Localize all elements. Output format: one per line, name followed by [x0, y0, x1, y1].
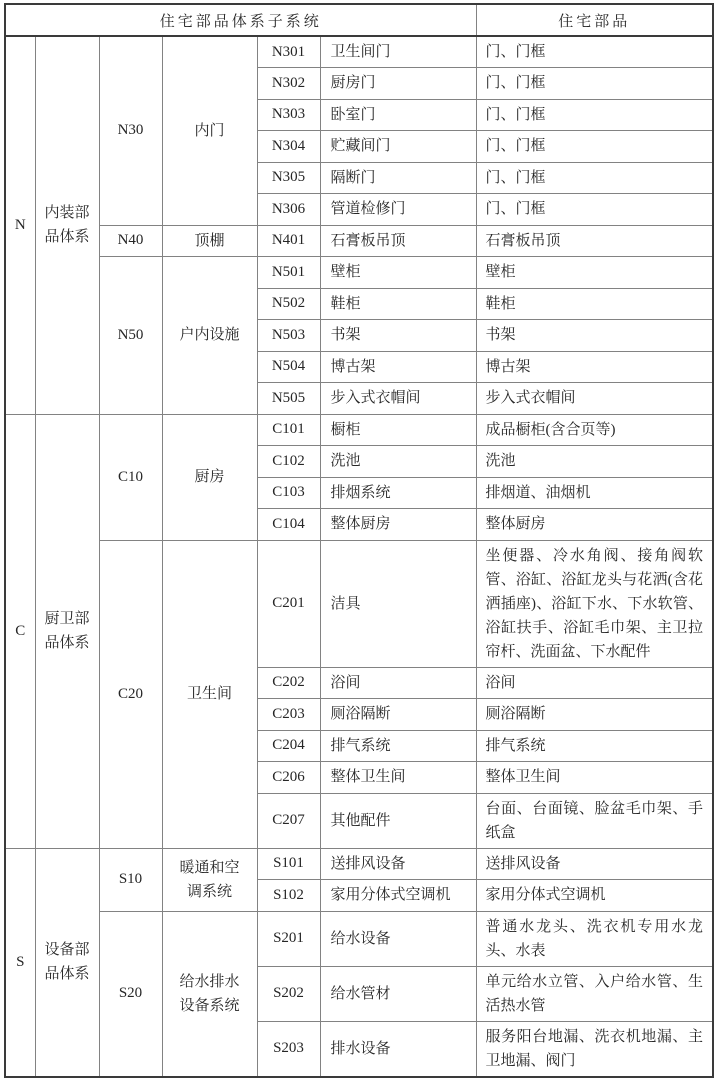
item-name-cell: 橱柜 — [320, 414, 476, 446]
item-name-cell: 隔断门 — [320, 162, 476, 194]
item-name-cell: 鞋柜 — [320, 288, 476, 320]
item-code-cell: C101 — [257, 414, 320, 446]
item-code-cell: S203 — [257, 1021, 320, 1077]
item-code-cell: N401 — [257, 225, 320, 257]
table-row: S20 给水排水设备系统 S201 给水设备 普通水龙头、洗衣机专用水龙头、水表 — [5, 911, 713, 966]
housing-parts-table: 住宅部品体系子系统 住宅部品 N 内装部品体系 N30 内门 N301 卫生间门… — [4, 3, 714, 1078]
item-name-cell: 卧室门 — [320, 99, 476, 131]
item-parts-cell: 门、门框 — [476, 99, 713, 131]
item-parts-cell: 送排风设备 — [476, 848, 713, 880]
item-name-cell: 贮藏间门 — [320, 131, 476, 163]
item-code-cell: N503 — [257, 320, 320, 352]
item-parts-cell: 门、门框 — [476, 162, 713, 194]
item-parts-cell: 步入式衣帽间 — [476, 383, 713, 415]
item-parts-cell: 坐便器、冷水角阀、接角阀软管、浴缸、浴缸龙头与花洒(含花洒插座)、浴缸下水、下水… — [476, 540, 713, 667]
group-code-cell: S10 — [99, 848, 162, 911]
item-parts-cell: 门、门框 — [476, 68, 713, 100]
item-code-cell: C104 — [257, 509, 320, 541]
item-name-cell: 石膏板吊顶 — [320, 225, 476, 257]
item-parts-cell: 单元给水立管、入户给水管、生活热水管 — [476, 966, 713, 1021]
item-code-cell: S202 — [257, 966, 320, 1021]
item-parts-cell: 壁柜 — [476, 257, 713, 289]
item-code-cell: N501 — [257, 257, 320, 289]
group-name-cell: 暖通和空调系统 — [162, 848, 257, 911]
group-code-cell: S20 — [99, 911, 162, 1077]
group-code-cell: C10 — [99, 414, 162, 540]
item-parts-cell: 成品橱柜(含合页等) — [476, 414, 713, 446]
item-name-cell: 博古架 — [320, 351, 476, 383]
system-name-cell: 内装部品体系 — [35, 36, 99, 414]
item-code-cell: C202 — [257, 667, 320, 699]
item-code-cell: S201 — [257, 911, 320, 966]
group-code-cell: N30 — [99, 36, 162, 225]
item-name-cell: 家用分体式空调机 — [320, 880, 476, 912]
item-code-cell: S102 — [257, 880, 320, 912]
group-name-cell: 卫生间 — [162, 540, 257, 848]
system-letter-cell: C — [5, 414, 35, 848]
item-code-cell: N305 — [257, 162, 320, 194]
group-code-cell: N50 — [99, 257, 162, 415]
item-parts-cell: 门、门框 — [476, 194, 713, 226]
item-name-cell: 给水管材 — [320, 966, 476, 1021]
item-name-cell: 其他配件 — [320, 793, 476, 848]
item-name-cell: 排气系统 — [320, 730, 476, 762]
item-parts-cell: 整体卫生间 — [476, 762, 713, 794]
item-name-cell: 洁具 — [320, 540, 476, 667]
item-name-cell: 整体厨房 — [320, 509, 476, 541]
group-name-cell: 厨房 — [162, 414, 257, 540]
item-code-cell: N306 — [257, 194, 320, 226]
system-letter-cell: S — [5, 848, 35, 1077]
item-parts-cell: 门、门框 — [476, 36, 713, 68]
item-parts-cell: 博古架 — [476, 351, 713, 383]
group-name-cell: 户内设施 — [162, 257, 257, 415]
header-parts: 住宅部品 — [476, 4, 713, 36]
item-code-cell: N504 — [257, 351, 320, 383]
item-parts-cell: 服务阳台地漏、洗衣机地漏、主卫地漏、阀门 — [476, 1021, 713, 1077]
item-parts-cell: 整体厨房 — [476, 509, 713, 541]
item-name-cell: 书架 — [320, 320, 476, 352]
document-page: 住宅部品体系子系统 住宅部品 N 内装部品体系 N30 内门 N301 卫生间门… — [0, 0, 716, 1045]
header-subsystem: 住宅部品体系子系统 — [5, 4, 476, 36]
table-row: N50 户内设施 N501 壁柜 壁柜 — [5, 257, 713, 289]
item-name-cell: 步入式衣帽间 — [320, 383, 476, 415]
item-code-cell: N301 — [257, 36, 320, 68]
item-parts-cell: 浴间 — [476, 667, 713, 699]
group-code-cell: N40 — [99, 225, 162, 257]
item-parts-cell: 门、门框 — [476, 131, 713, 163]
item-parts-cell: 厕浴隔断 — [476, 699, 713, 731]
group-code-cell: C20 — [99, 540, 162, 848]
system-letter-cell: N — [5, 36, 35, 414]
item-parts-cell: 家用分体式空调机 — [476, 880, 713, 912]
item-code-cell: C102 — [257, 446, 320, 478]
table-row: C 厨卫部品体系 C10 厨房 C101 橱柜 成品橱柜(含合页等) — [5, 414, 713, 446]
group-name-cell: 顶棚 — [162, 225, 257, 257]
table-header-row: 住宅部品体系子系统 住宅部品 — [5, 4, 713, 36]
item-name-cell: 排水设备 — [320, 1021, 476, 1077]
item-parts-cell: 石膏板吊顶 — [476, 225, 713, 257]
item-parts-cell: 鞋柜 — [476, 288, 713, 320]
item-parts-cell: 排气系统 — [476, 730, 713, 762]
item-code-cell: C204 — [257, 730, 320, 762]
table-row: C20 卫生间 C201 洁具 坐便器、冷水角阀、接角阀软管、浴缸、浴缸龙头与花… — [5, 540, 713, 667]
item-parts-cell: 普通水龙头、洗衣机专用水龙头、水表 — [476, 911, 713, 966]
item-code-cell: C207 — [257, 793, 320, 848]
item-name-cell: 卫生间门 — [320, 36, 476, 68]
item-parts-cell: 台面、台面镜、脸盆毛巾架、手纸盒 — [476, 793, 713, 848]
item-name-cell: 浴间 — [320, 667, 476, 699]
system-name-cell: 设备部品体系 — [35, 848, 99, 1077]
table-row: N 内装部品体系 N30 内门 N301 卫生间门 门、门框 — [5, 36, 713, 68]
item-code-cell: N303 — [257, 99, 320, 131]
group-name-cell: 给水排水设备系统 — [162, 911, 257, 1077]
item-parts-cell: 书架 — [476, 320, 713, 352]
item-parts-cell: 洗池 — [476, 446, 713, 478]
item-name-cell: 壁柜 — [320, 257, 476, 289]
item-name-cell: 送排风设备 — [320, 848, 476, 880]
item-name-cell: 排烟系统 — [320, 477, 476, 509]
item-name-cell: 给水设备 — [320, 911, 476, 966]
item-name-cell: 厕浴隔断 — [320, 699, 476, 731]
item-code-cell: N502 — [257, 288, 320, 320]
group-name-cell: 内门 — [162, 36, 257, 225]
item-code-cell: C206 — [257, 762, 320, 794]
item-name-cell: 整体卫生间 — [320, 762, 476, 794]
item-code-cell: N304 — [257, 131, 320, 163]
item-parts-cell: 排烟道、油烟机 — [476, 477, 713, 509]
item-code-cell: N302 — [257, 68, 320, 100]
item-name-cell: 厨房门 — [320, 68, 476, 100]
system-name-cell: 厨卫部品体系 — [35, 414, 99, 848]
item-name-cell: 洗池 — [320, 446, 476, 478]
table-row: S 设备部品体系 S10 暖通和空调系统 S101 送排风设备 送排风设备 — [5, 848, 713, 880]
item-name-cell: 管道检修门 — [320, 194, 476, 226]
item-code-cell: C201 — [257, 540, 320, 667]
item-code-cell: C103 — [257, 477, 320, 509]
item-code-cell: C203 — [257, 699, 320, 731]
item-code-cell: N505 — [257, 383, 320, 415]
item-code-cell: S101 — [257, 848, 320, 880]
table-row: N40 顶棚 N401 石膏板吊顶 石膏板吊顶 — [5, 225, 713, 257]
